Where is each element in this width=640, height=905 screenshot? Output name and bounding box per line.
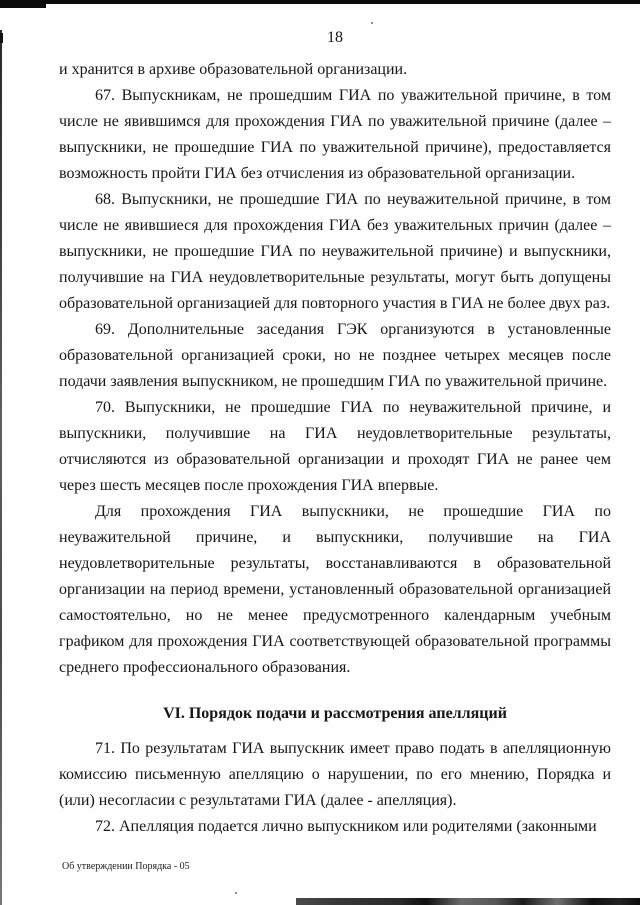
paragraph-69: 69. Дополнительные заседания ГЭК организ… (59, 317, 611, 395)
scanned-document-page: 18 и хранится в архиве образовательной о… (0, 0, 640, 905)
scan-speck (235, 892, 237, 894)
page-number: 18 (59, 28, 611, 48)
paragraph-68: 68. Выпускники, не прошедшие ГИА по неув… (59, 187, 611, 317)
paragraph-70: 70. Выпускники, не прошедшие ГИА по неув… (59, 395, 611, 499)
paragraph-71: 71. По результатам ГИА выпускник имеет п… (59, 736, 611, 814)
paragraph-72: 72. Апелляция подается лично выпускником… (59, 814, 611, 840)
scan-edge-left (0, 30, 2, 905)
scan-edge-top (0, 0, 640, 4)
footer-stamp: Об утверждении Порядка - 05 (62, 861, 190, 873)
scan-edge-top-corner (0, 0, 46, 8)
document-body: и хранится в архиве образовательной орга… (59, 57, 611, 840)
paragraph-67: 67. Выпускникам, не прошедшим ГИА по ува… (59, 83, 611, 187)
scan-edge-left-tick (0, 33, 3, 43)
paragraph-continuation: и хранится в архиве образовательной орга… (59, 57, 611, 83)
scan-edge-bottom (296, 898, 640, 905)
paragraph-70-continued: Для прохождения ГИА выпускники, не проше… (59, 499, 611, 681)
scan-speck (371, 22, 373, 24)
section-vi-heading: VI. Порядок подачи и рассмотрения апелля… (59, 701, 611, 727)
